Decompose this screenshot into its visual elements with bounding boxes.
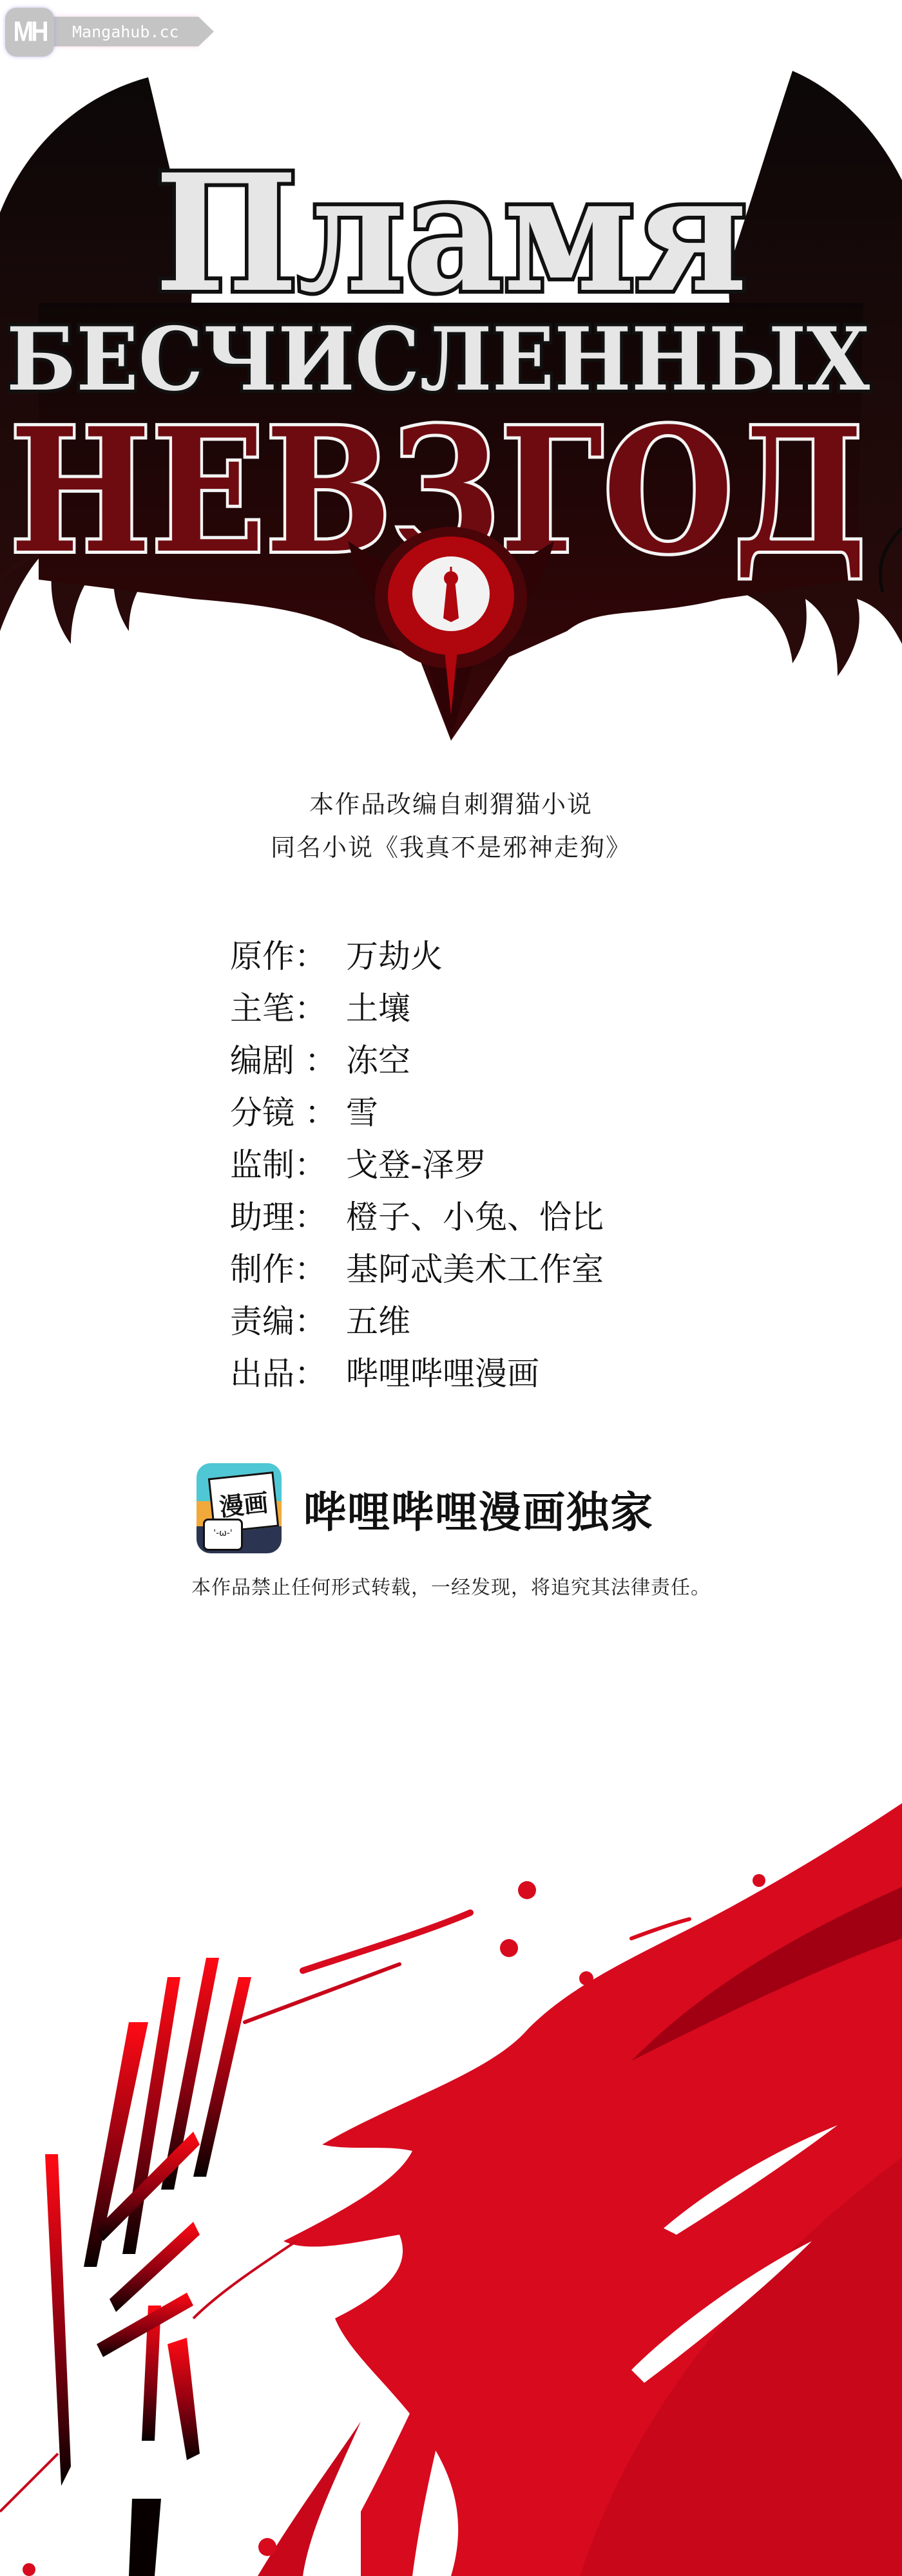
credit-name: 橙子、小兔、恰比 xyxy=(346,1191,604,1238)
credit-role: 制作： xyxy=(230,1244,346,1290)
credit-name: 土壤 xyxy=(346,983,410,1029)
credit-row-storyboard: 分镜 ： 雪 xyxy=(230,1084,604,1136)
credit-name: 基阿忒美术工作室 xyxy=(346,1244,604,1290)
credit-role: 出品： xyxy=(230,1348,346,1394)
title-line-1: Пламя xyxy=(155,138,747,328)
copyright-disclaimer: 本作品禁止任何形式转载，一经发现，将追究其法律责任。 xyxy=(0,1571,902,1600)
credit-row-lead-artist: 主笔： 土壤 xyxy=(230,980,604,1032)
credit-name: 戈登-泽罗 xyxy=(346,1139,486,1186)
credit-name: 冻空 xyxy=(346,1035,410,1081)
ink-stroke-icon xyxy=(129,2499,161,2576)
sfx-puff-glyph-icon xyxy=(45,1958,251,2486)
credit-role: 编剧 ： xyxy=(230,1035,346,1081)
credit-role: 分镜 ： xyxy=(230,1087,346,1133)
credit-role: 原作： xyxy=(230,931,346,977)
credit-role: 助理： xyxy=(230,1191,346,1238)
credit-row-assistants: 助理： 橙子、小兔、恰比 xyxy=(230,1188,604,1240)
credit-name: 雪 xyxy=(346,1087,378,1133)
credits-list: 原作： 万劫火 主笔： 土壤 编剧 ： 冻空 分镜 ： 雪 监制： 戈登-泽罗 … xyxy=(230,927,604,1397)
credit-row-screenwriter: 编剧 ： 冻空 xyxy=(230,1032,604,1084)
credit-row-publisher: 出品： 哔哩哔哩漫画 xyxy=(230,1345,604,1397)
blood-splatter-art xyxy=(0,1739,902,2576)
mangahub-site-link[interactable]: Mangahub.cc xyxy=(50,17,198,46)
credit-role: 主笔： xyxy=(230,983,346,1029)
credit-name: 万劫火 xyxy=(346,931,443,977)
title-logo: Пламя БЕСЧИСЛЕННЫХ НЕВЗГОД xyxy=(0,58,902,753)
adaptation-note: 本作品改编自刺猬猫小说 xyxy=(0,784,902,820)
exclusive-text: 哔哩哔哩漫画独家 xyxy=(303,1478,654,1539)
exclusive-banner: 漫画 '-ω-' 哔哩哔哩漫画独家 xyxy=(197,1463,654,1553)
bilibili-comics-app-icon: 漫画 '-ω-' xyxy=(197,1463,282,1553)
credit-row-editor: 责编： 五维 xyxy=(230,1293,604,1345)
app-icon-tv-mascot: '-ω-' xyxy=(203,1519,243,1551)
credit-row-supervisor: 监制： 戈登-泽罗 xyxy=(230,1136,604,1188)
credit-role: 监制： xyxy=(230,1139,346,1186)
credit-row-original-author: 原作： 万劫火 xyxy=(230,927,604,980)
original-novel-title: 同名小说《我真不是邪神走狗》 xyxy=(0,828,902,863)
credit-name: 五维 xyxy=(346,1296,410,1342)
mangahub-logo-badge[interactable]: MH xyxy=(5,8,54,57)
mangahub-badge-text: MH xyxy=(13,16,46,48)
watermark-arrow-icon xyxy=(198,17,214,46)
credit-name: 哔哩哔哩漫画 xyxy=(346,1348,539,1394)
credit-role: 责编： xyxy=(230,1296,346,1342)
mangahub-site-label: Mangahub.cc xyxy=(72,23,179,41)
credit-row-production: 制作： 基阿忒美术工作室 xyxy=(230,1240,604,1293)
